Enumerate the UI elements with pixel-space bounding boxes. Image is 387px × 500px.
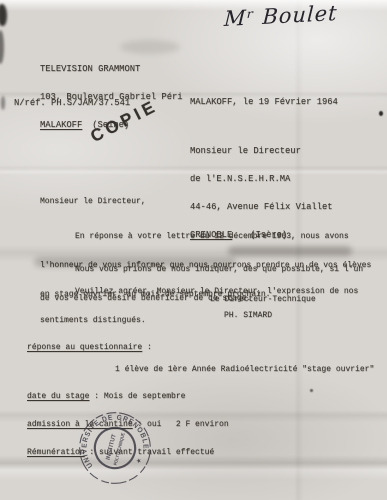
university-seal: UNIVERSITE DE GRENOBLE INSTITUT POLYTECH…: [58, 394, 172, 500]
dateline: MALAKOFF, le 19 Février 1964: [190, 98, 338, 107]
letterhead-city: MALAKOFF: [40, 120, 82, 130]
questionnaire-heading-colon: :: [142, 343, 152, 352]
paper-edge-mark: [1, 96, 5, 110]
paper-edge-mark: [0, 30, 4, 64]
body-line: En réponse à votre lettre du 12 décembre…: [40, 232, 371, 242]
salutation: Monsieur le Directeur,: [40, 197, 146, 207]
questionnaire-heading: réponse au questionnaire: [27, 343, 142, 352]
recipient-line3: 44-46, Avenue Félix Viallet: [190, 203, 333, 212]
scanned-letter-page: Mʳ Boulet TELEVISION GRAMMONT 103, Boule…: [0, 0, 387, 500]
recipient-line1: Monsieur le Directeur: [190, 147, 333, 156]
signature-name: PH. SIMARD: [224, 311, 272, 321]
handwritten-annotation: Mʳ Boulet: [223, 1, 338, 31]
signature-title: Le Directeur-Technique: [210, 295, 316, 305]
paper-edge-mark: [0, 4, 7, 26]
recipient-line2: de l'E.N.S.E.H.R.MA: [190, 175, 333, 184]
body-paragraph-3: Veuillez agréer, Monsieur le Directeur, …: [40, 268, 358, 345]
ink-speck: [310, 389, 313, 392]
seal-star-icon: ★: [135, 455, 144, 466]
letterhead-company: TELEVISION GRAMMONT: [40, 65, 183, 74]
body-line: sentiments distingués.: [40, 316, 358, 326]
questionnaire-heading-line: réponse au questionnaire :: [27, 343, 152, 353]
ink-speck: [379, 111, 383, 116]
reference-number: N/réf. PH.S/JAM/37.541: [14, 99, 130, 108]
